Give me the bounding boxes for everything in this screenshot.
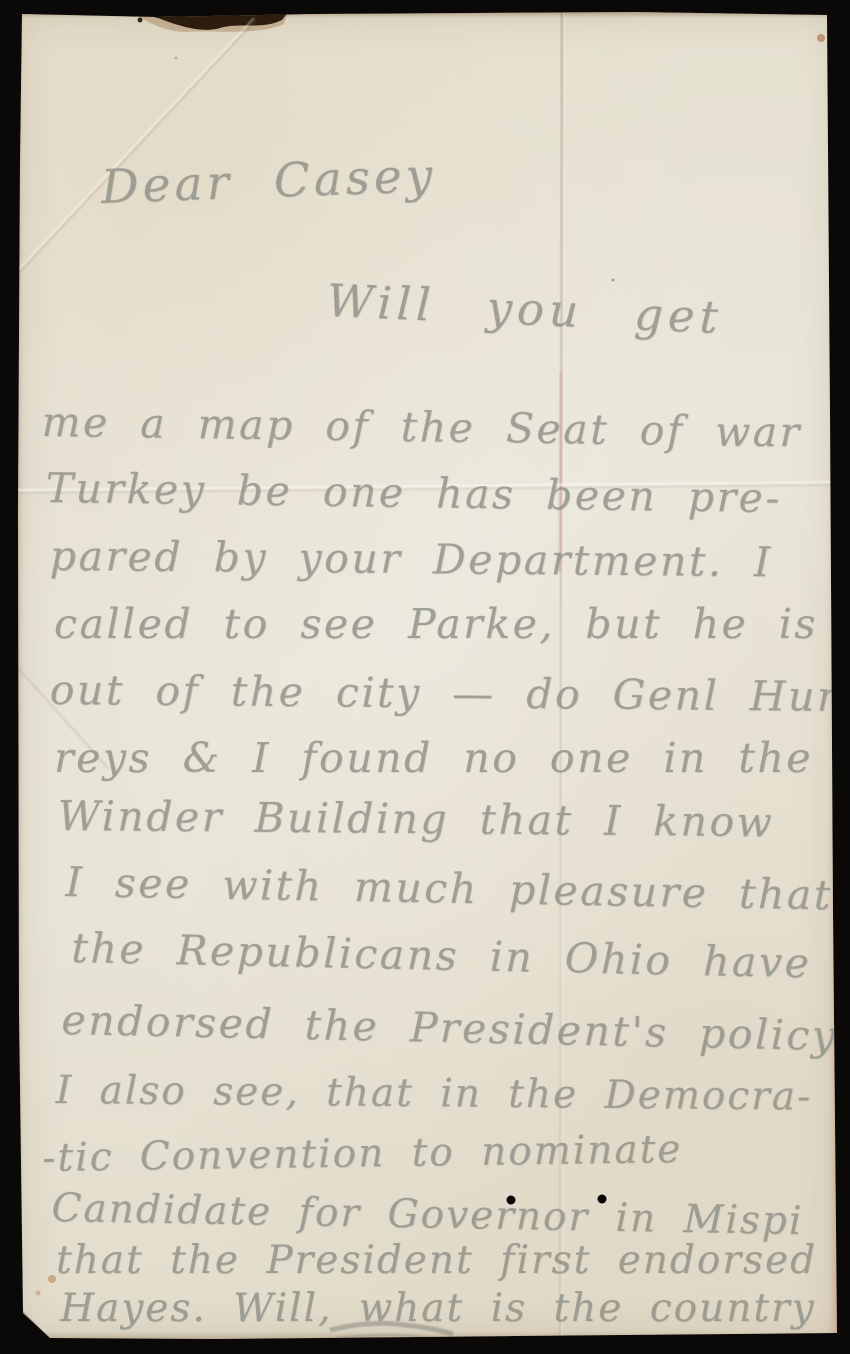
- letter-salutation: Dear Casey: [100, 148, 437, 215]
- speck: [175, 57, 178, 60]
- corner-fold-bottom-left: [20, 1308, 50, 1338]
- speck: [612, 279, 615, 282]
- letter-body-line: -tic Convention to nominate: [42, 1127, 683, 1181]
- fold-crease-diagonal-top-left: [18, 18, 256, 272]
- letter-body-line: out of the city — do Genl Humph-: [50, 666, 850, 722]
- letter-body-line: pared by your Department. I: [50, 532, 773, 586]
- letter-body-line: I also see, that in the Democra-: [56, 1068, 813, 1120]
- top-edge-tear: [132, 12, 288, 32]
- letter-body-line: called to see Parke, but he is: [54, 600, 818, 648]
- letter-body-line: Winder Building that I know: [58, 792, 775, 846]
- dark-speck: [138, 18, 143, 23]
- foxing-spot: [817, 34, 825, 42]
- letter-body-line: Turkey be one has been pre-: [45, 464, 782, 522]
- foxing-spot: [36, 1291, 41, 1296]
- foxing-spot: [48, 1275, 56, 1283]
- letter-body-line: Hayes. Will, what is the country: [60, 1286, 816, 1331]
- letter-body-line: reys & I found no one in the: [54, 734, 813, 782]
- letter-page: Dear Casey Will you get me a map of the …: [16, 12, 838, 1340]
- letter-body-line: that the President first endorsed: [56, 1238, 817, 1283]
